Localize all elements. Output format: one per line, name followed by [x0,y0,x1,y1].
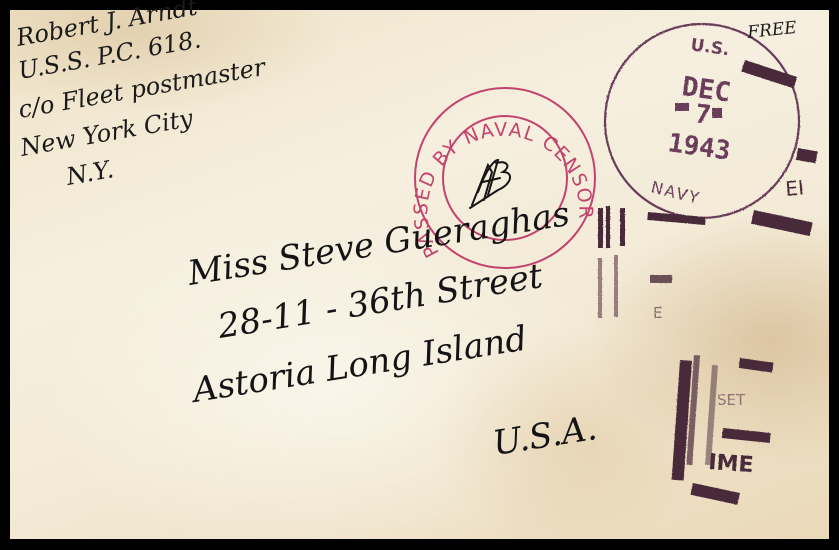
recipient-address-script: Miss Steve Gueraghas 28-11 - 36th Street… [184,194,600,464]
postmark-top-text: U.S. [689,35,730,60]
censor-initials [470,160,510,208]
envelope-markings: PASSED BY NAVAL CENSOR U.S. DEC 7 1943 N… [0,0,839,550]
postmark-bottom-text: NAVY [649,177,703,208]
return-script-5: N.Y. [63,155,116,191]
killer-fragment-text-4: IME [708,450,755,478]
return-address-script: Robert J. Arndt U.S.S. P.C. 618. c/o Fle… [13,0,269,191]
recipient-script-4: U.S.A. [490,408,600,464]
postmark-bar-right [712,108,722,118]
postmark-bar-left [675,103,689,111]
navy-postmark: U.S. DEC 7 1943 NAVY [605,24,799,218]
killer-fragment-text-1: EI [784,175,805,201]
killer-fragment-text-2: E [653,304,662,322]
postmark-year: 1943 [666,128,732,166]
killer-fragment-text-3: SET [717,391,746,409]
free-frank: FREE [745,18,798,43]
postmark-day: 7 [693,99,713,131]
